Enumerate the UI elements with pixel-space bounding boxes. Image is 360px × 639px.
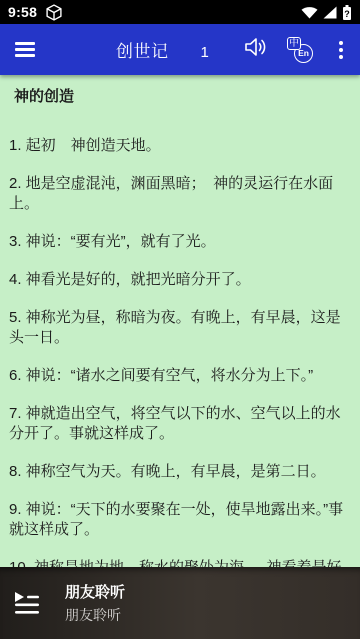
cellular-signal-icon [323,6,337,19]
player-subtitle: 朋友聆听 [65,605,125,625]
verse-7[interactable]: 7. 神就造出空气，将空气以下的水、空气以上的水分开了。事就这样成了。 [9,404,351,444]
verse-3[interactable]: 3. 神说：“要有光”，就有了光。 [9,232,351,252]
book-title[interactable]: 创世记 [116,37,169,62]
cube-icon [46,4,62,21]
audio-button[interactable] [234,24,278,75]
verse-10[interactable]: 10. 神称旱地为地，称水的聚处为海。 神看着是好的。 [9,558,351,567]
player-title: 朋友聆听 [65,581,125,602]
verse-5[interactable]: 5. 神称光为昼，称暗为夜。有晚上，有早晨，这是头一日。 [9,308,351,348]
scripture-content[interactable]: 神的创造 1. 起初 神创造天地。 2. 地是空虚混沌，渊面黑暗； 神的灵运行在… [0,75,360,567]
verse-1[interactable]: 1. 起初 神创造天地。 [9,136,351,156]
wifi-icon [301,6,318,19]
overflow-menu-button[interactable] [322,24,360,75]
status-time: 9:58 [8,4,37,20]
media-player-bar[interactable]: 朋友聆听 朋友聆听 [0,567,360,639]
status-left-icons [46,4,62,21]
chapter-number[interactable]: 1 [201,44,209,61]
section-heading: 神的创造 [14,85,351,106]
status-bar: 9:58 ? [0,0,360,24]
translate-button[interactable]: En 中 [278,24,322,75]
app-bar: 创世记 1 En 中 [0,24,360,75]
app-bar-actions: En 中 [234,24,360,75]
battery-icon: ? [342,4,352,21]
verse-2[interactable]: 2. 地是空虚混沌，渊面黑暗； 神的灵运行在水面上。 [9,174,351,214]
menu-button[interactable] [0,24,56,75]
translate-language-icon: En 中 [287,37,313,63]
three-dot-menu-icon [339,41,343,59]
playlist-play-icon [14,590,40,616]
title-group: 创世记 1 [116,37,209,62]
phone-screen: 9:58 ? [0,0,360,639]
svg-text:?: ? [344,9,350,19]
verse-6[interactable]: 6. 神说：“诸水之间要有空气，将水分为上下。” [9,366,351,386]
player-text: 朋友聆听 朋友聆听 [65,581,125,625]
verse-9[interactable]: 9. 神说：“天下的水要聚在一处，使旱地露出来。”事就这样成了。 [9,500,351,540]
verse-4[interactable]: 4. 神看光是好的，就把光暗分开了。 [9,270,351,290]
hamburger-menu-icon [15,42,35,57]
status-right-icons: ? [301,4,352,21]
verse-8[interactable]: 8. 神称空气为天。有晚上，有早晨，是第二日。 [9,462,351,482]
speaker-volume-icon [243,36,269,63]
